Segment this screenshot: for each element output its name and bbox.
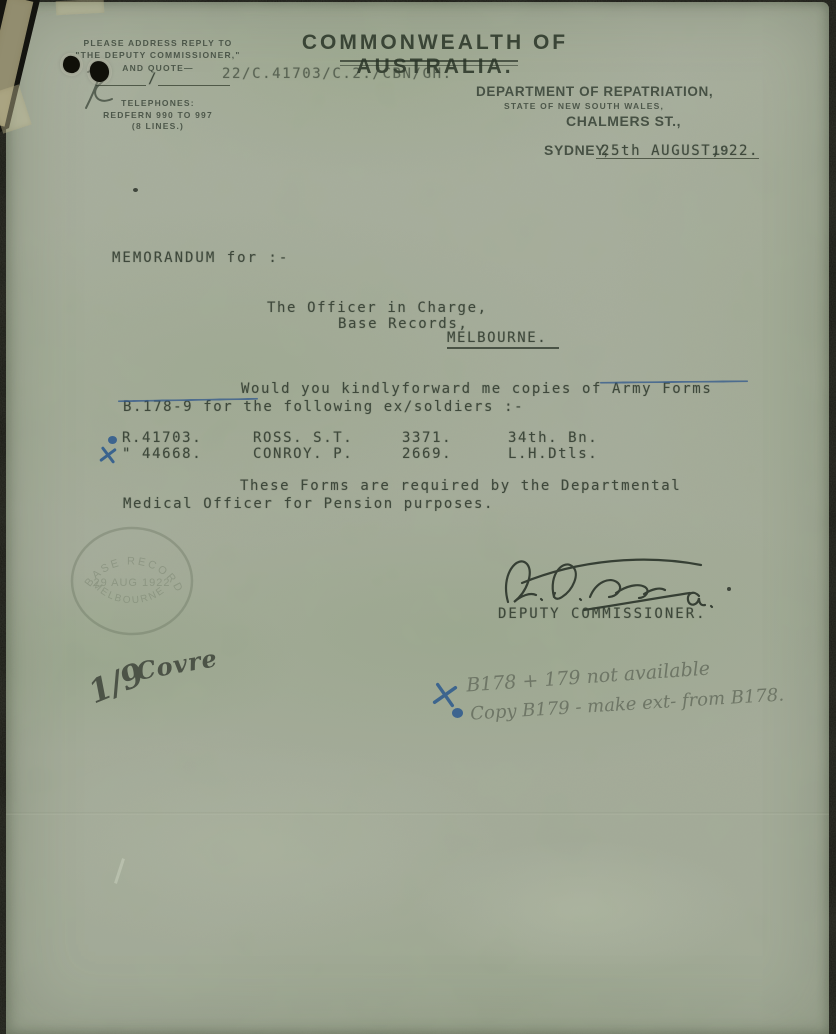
row1-regno: R.41703. xyxy=(122,430,202,446)
telephones-line3: (8 LINES.) xyxy=(83,121,233,131)
blue-cross-mark-note xyxy=(431,681,459,709)
blue-cross-mark-row2 xyxy=(99,446,117,464)
row1-number: 3371. xyxy=(402,430,452,446)
signatory-title: DEPUTY COMMISSIONER. xyxy=(498,606,707,622)
year-typed: 22. xyxy=(729,143,759,159)
body-para1-line2: B.178-9 for the following ex/soldiers :- xyxy=(123,399,524,415)
addressee-line3: MELBOURNE. xyxy=(447,330,559,349)
tape-strip-top xyxy=(56,0,105,15)
ink-speck xyxy=(133,188,138,192)
department-line: DEPARTMENT OF REPATRIATION, xyxy=(476,84,713,99)
quote-slash: / xyxy=(148,71,158,87)
quote-blank-rule-right xyxy=(158,85,230,86)
addressee-line1: The Officer in Charge, xyxy=(267,300,488,316)
memo-heading: MEMORANDUM for :- xyxy=(112,250,289,266)
row2-name: CONROY. P. xyxy=(253,446,353,462)
row2-regno: " 44668. xyxy=(122,446,202,462)
blue-dot-mark-row1 xyxy=(108,436,117,444)
state-line: STATE OF NEW SOUTH WALES, xyxy=(504,101,664,111)
body-para2-line1: These Forms are required by the Departme… xyxy=(240,478,681,494)
body-para2-line2: Medical Officer for Pension purposes. xyxy=(123,496,494,512)
row1-name: ROSS. S.T. xyxy=(253,430,353,446)
blue-dot-mark-note xyxy=(452,708,463,718)
scanned-memorandum: PLEASE ADDRESS REPLY TO "THE DEPUTY COMM… xyxy=(0,0,836,1034)
row2-unit: L.H.Dtls. xyxy=(508,446,598,462)
body-para1-line1: Would you kindlyforward me copies of Arm… xyxy=(241,381,712,397)
row1-unit: 34th. Bn. xyxy=(508,430,598,446)
year-printed: 19 xyxy=(712,142,729,158)
street-line: CHALMERS ST., xyxy=(566,113,681,129)
reply-note-line2: "THE DEPUTY COMMISSIONER," xyxy=(73,50,243,60)
city-label: SYDNEY, xyxy=(544,142,608,158)
date-typed: 25th AUGUST, xyxy=(601,143,721,159)
reply-note-line1: PLEASE ADDRESS REPLY TO xyxy=(83,38,233,48)
file-reference: 22/C.41703/C.2./CBN/GH. xyxy=(222,66,453,82)
ink-speck-right xyxy=(727,587,731,591)
base-records-stamp: BASE RECORDS 29 AUG 1922 MELBOURNE xyxy=(66,522,198,640)
row2-number: 2669. xyxy=(402,446,452,462)
